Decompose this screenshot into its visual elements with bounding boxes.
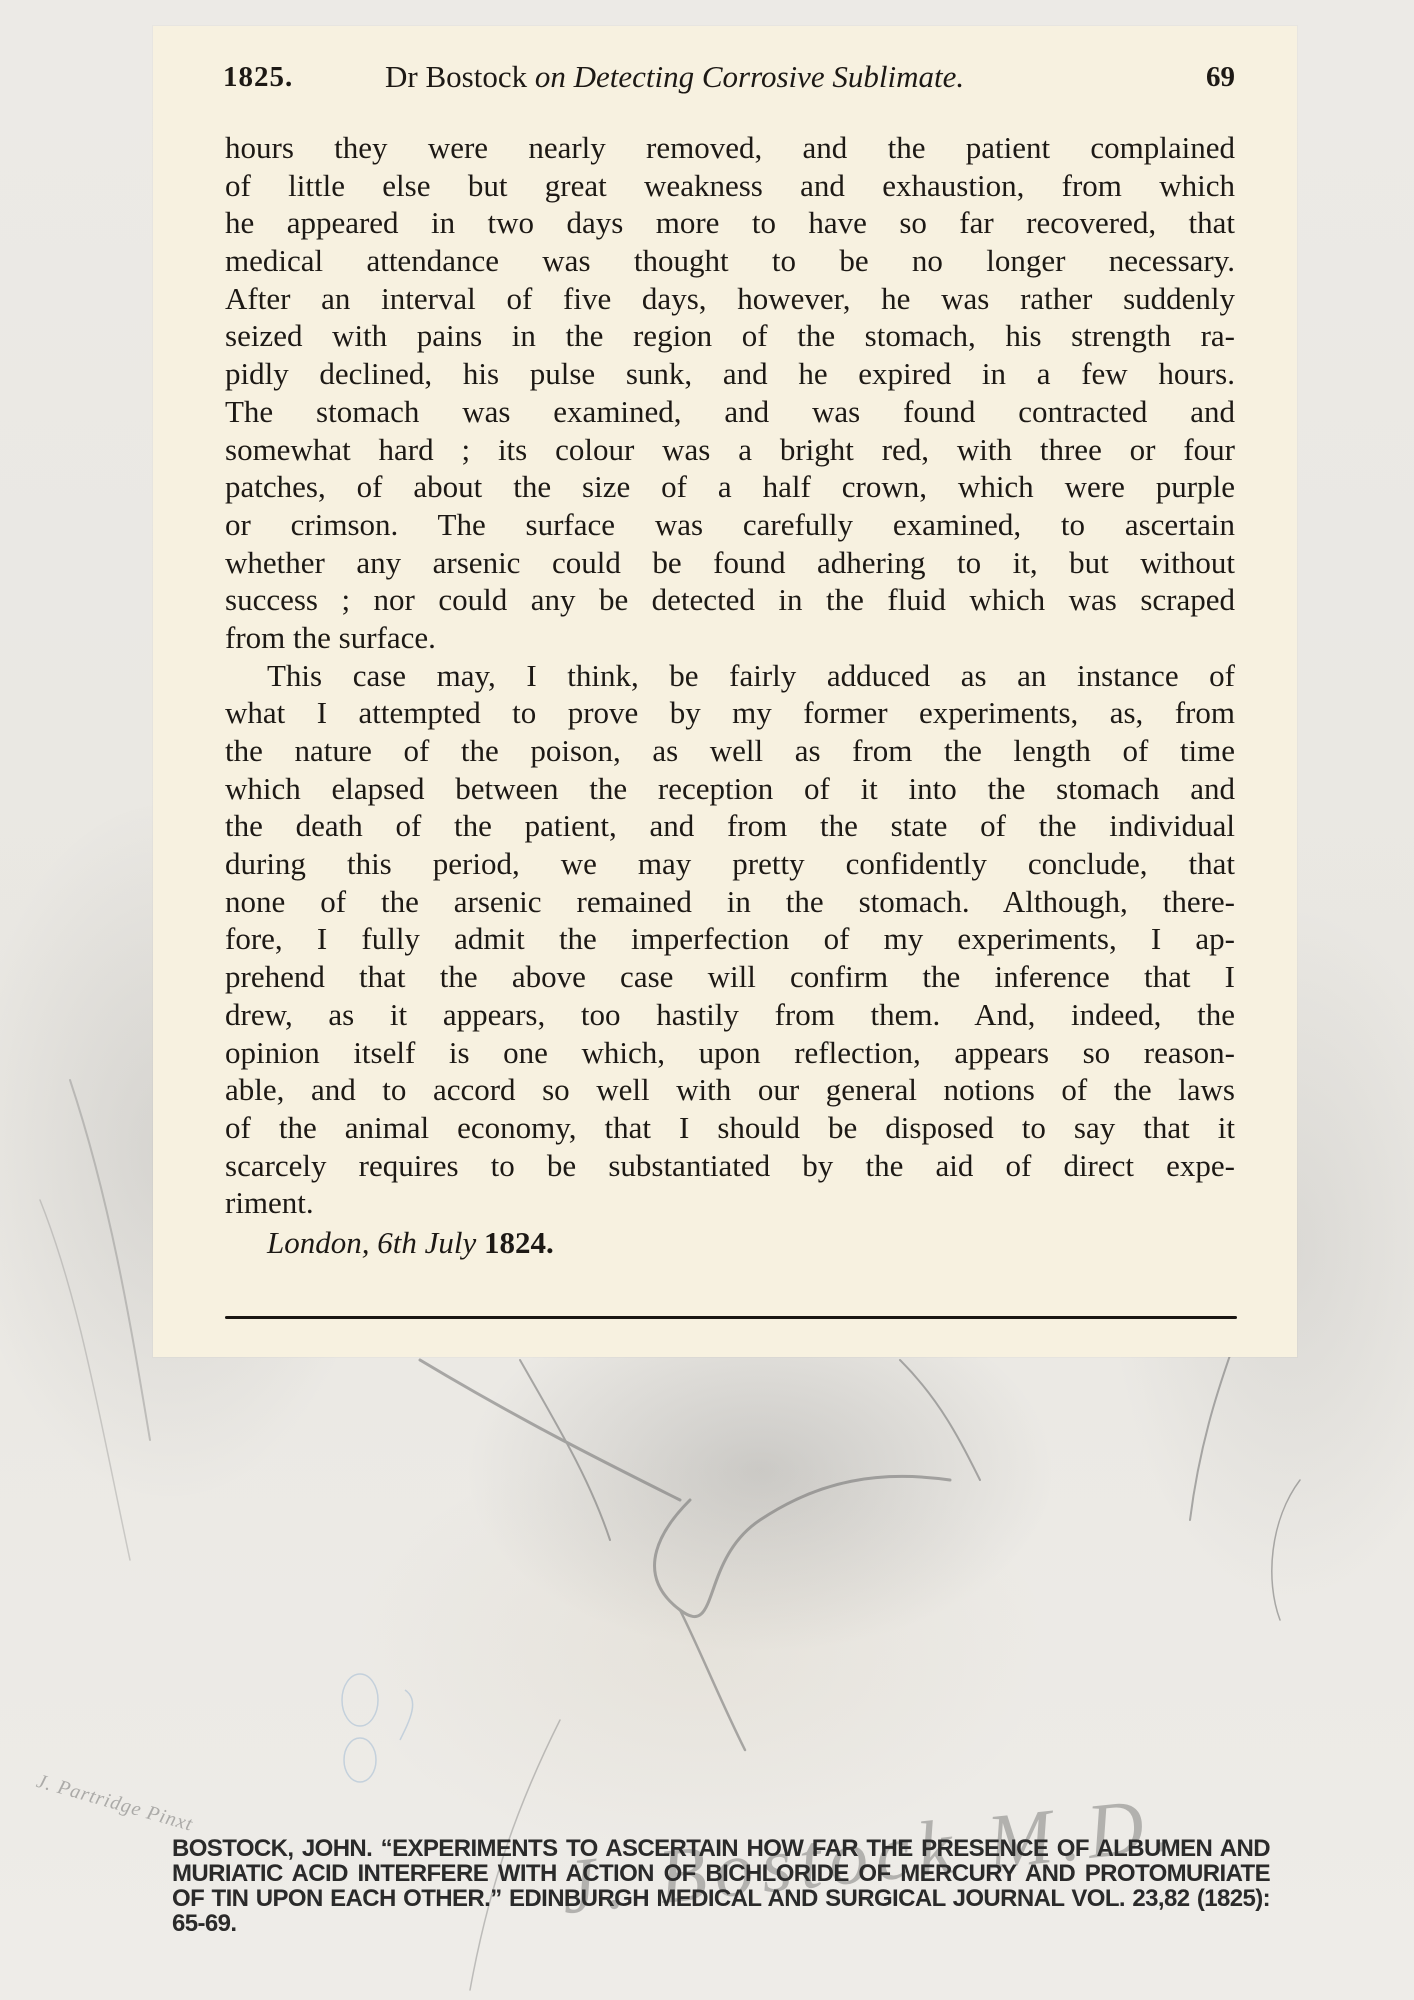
text-line: able, and to accord so well with our gen… <box>225 1071 1235 1109</box>
text-line: or crimson. The surface was carefully ex… <box>225 506 1235 544</box>
end-of-article-rule <box>225 1316 1237 1319</box>
text-line: he appeared in two days more to have so … <box>225 204 1235 242</box>
text-line: success ; nor could any be detected in t… <box>225 581 1235 619</box>
text-line: drew, as it appears, too hastily from th… <box>225 996 1235 1034</box>
text-line: fore, I fully admit the imperfection of … <box>225 920 1235 958</box>
text-line: After an interval of five days, however,… <box>225 280 1235 318</box>
running-head-title-roman: Dr Bostock <box>385 59 527 94</box>
text-line: what I attempted to prove by my former e… <box>225 694 1235 732</box>
text-line: during this period, we may pretty confid… <box>225 845 1235 883</box>
text-line: the death of the patient, and from the s… <box>225 807 1235 845</box>
text-line: pidly declined, his pulse sunk, and he e… <box>225 355 1235 393</box>
text-line: medical attendance was thought to be no … <box>225 242 1235 280</box>
text-line: none of the arsenic remained in the stom… <box>225 883 1235 921</box>
text-line: prehend that the above case will confirm… <box>225 958 1235 996</box>
dateline-date: 6th July <box>377 1225 476 1260</box>
running-head-title-italic: on Detecting Corrosive Sublimate. <box>535 59 964 94</box>
dateline-year: 1824. <box>484 1225 554 1260</box>
text-line: patches, of about the size of a half cro… <box>225 468 1235 506</box>
article-body: hours they were nearly removed, and the … <box>225 129 1235 1262</box>
text-line: which elapsed between the reception of i… <box>225 770 1235 808</box>
dateline-place: London, <box>267 1225 370 1260</box>
text-line: whether any arsenic could be found adher… <box>225 544 1235 582</box>
scanned-journal-page: 1825. Dr Bostock on Detecting Corrosive … <box>153 26 1297 1357</box>
text-line: riment. <box>225 1184 1235 1222</box>
text-line: hours they were nearly removed, and the … <box>225 129 1235 167</box>
running-head: 1825. Dr Bostock on Detecting Corrosive … <box>223 61 1235 109</box>
running-head-title: Dr Bostock on Detecting Corrosive Sublim… <box>385 59 964 95</box>
dateline: London, 6th July 1824. <box>225 1224 1235 1262</box>
text-line: from the surface. <box>225 619 1235 657</box>
text-line: the nature of the poison, as well as fro… <box>225 732 1235 770</box>
text-line: The stomach was examined, and was found … <box>225 393 1235 431</box>
text-line: of the animal economy, that I should be … <box>225 1109 1235 1147</box>
running-head-year: 1825. <box>223 61 293 94</box>
text-line: seized with pains in the region of the s… <box>225 317 1235 355</box>
page-number: 69 <box>1206 61 1235 94</box>
text-line: scarcely requires to be substantiated by… <box>225 1147 1235 1185</box>
paragraph-start-line: This case may, I think, be fairly adduce… <box>225 657 1235 695</box>
text-line: somewhat hard ; its colour was a bright … <box>225 431 1235 469</box>
text-line: of little else but great weakness and ex… <box>225 167 1235 205</box>
citation-caption: Bostock, John. “Experiments to ascertain… <box>172 1836 1270 1936</box>
text-line: opinion itself is one which, upon reflec… <box>225 1034 1235 1072</box>
